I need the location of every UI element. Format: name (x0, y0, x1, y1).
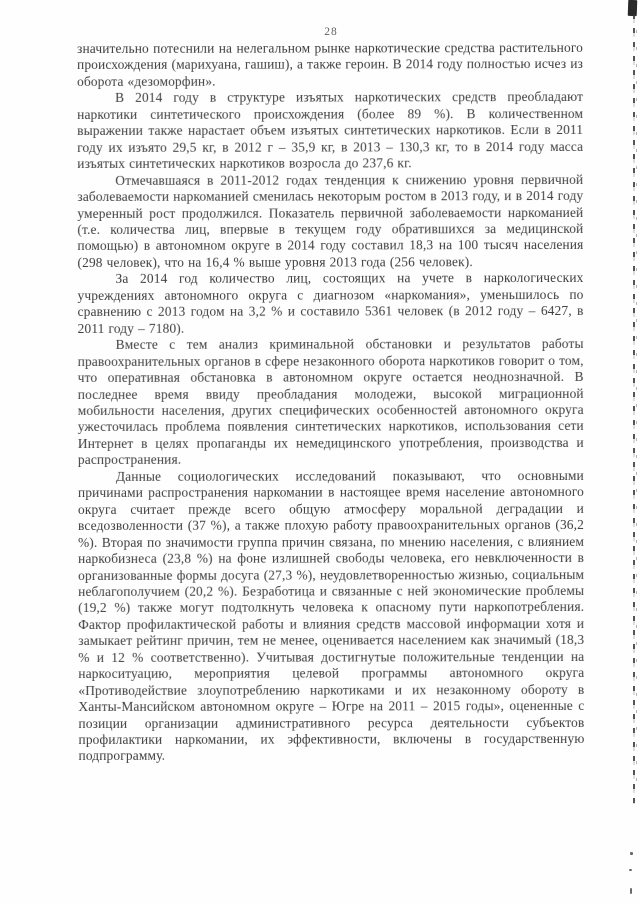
scan-speck-artifact (630, 852, 633, 855)
paragraph: За 2014 год количество лиц, состоящих на… (77, 270, 583, 337)
page-number: 28 (78, 26, 584, 38)
paragraph: В 2014 году в структуре изъятых наркотич… (77, 89, 583, 172)
scan-speck-artifact (630, 888, 632, 894)
scan-speck-artifact (629, 869, 632, 871)
scan-edge-dash-artifact-faint (636, 30, 637, 790)
document-body: значительно потеснили на нелегальном рын… (77, 40, 585, 765)
scan-edge-dash-artifact (633, 14, 635, 804)
scanned-document-page: 28 значительно потеснили на нелегальном … (0, 0, 640, 905)
paragraph: Отмечавшаяся в 2011-2012 годах тенденция… (77, 172, 583, 272)
paragraph-continuation: значительно потеснили на нелегальном рын… (77, 40, 583, 90)
paragraph: Данные социологических исследований пока… (78, 468, 585, 765)
paragraph: Вместе с тем анализ криминальной обстано… (78, 336, 584, 469)
